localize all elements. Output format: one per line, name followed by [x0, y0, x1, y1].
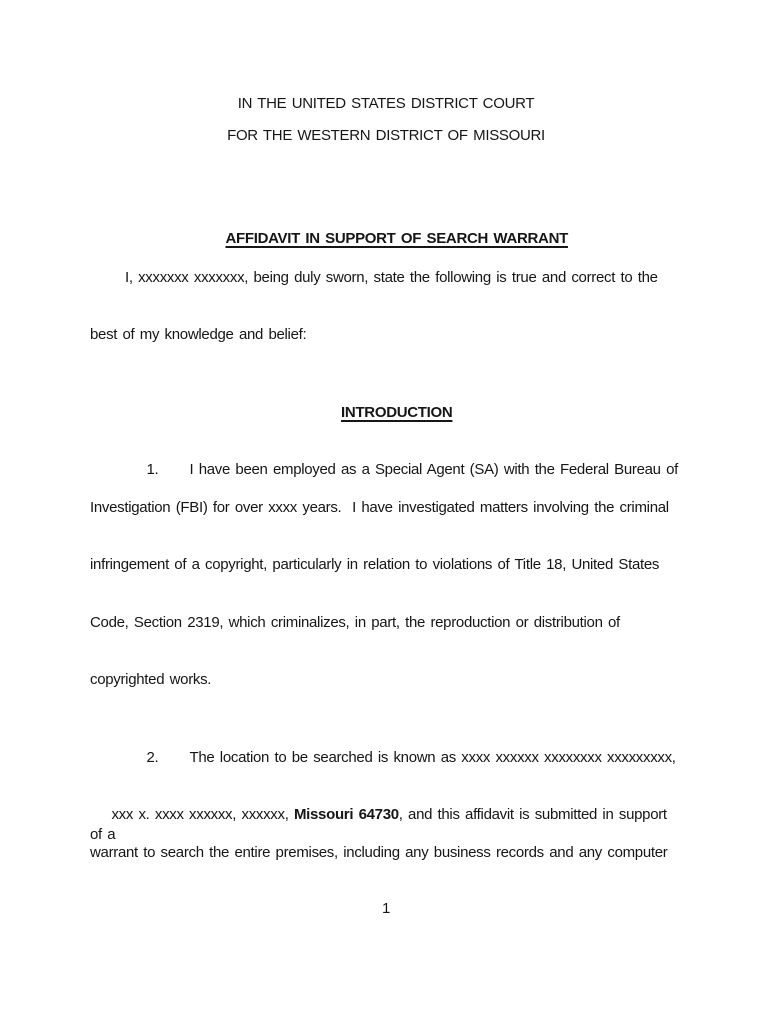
- document-page: IN THE UNITED STATES DISTRICT COURT FOR …: [0, 0, 770, 1024]
- paragraph-1-line-5: copyrighted works.: [90, 670, 682, 690]
- paragraph-1-line-4: Code, Section 2319, which criminalizes, …: [90, 613, 682, 633]
- paragraph-1-number: 1.: [146, 460, 189, 480]
- page-number: 1: [90, 899, 682, 919]
- paragraph-2-line-3: warrant to search the entire premises, i…: [90, 843, 682, 863]
- paragraph-2-number: 2.: [146, 748, 189, 768]
- paragraph-2-line-1-text: The location to be searched is known as …: [189, 749, 675, 766]
- introduction-heading: INTRODUCTION: [341, 404, 452, 421]
- paragraph-1-line-3: infringement of a copyright, particularl…: [90, 555, 682, 575]
- affidavit-title-line: AFFIDAVIT IN SUPPORT OF SEARCH WARRANT: [90, 209, 682, 269]
- opening-paragraph-line1: I, xxxxxxx xxxxxxx, being duly sworn, st…: [90, 268, 717, 288]
- paragraph-2-line-1: 2.The location to be searched is known a…: [90, 728, 717, 788]
- opening-paragraph-line2: best of my knowledge and belief:: [90, 325, 682, 345]
- paragraph-2-line-2-pre: xxx x. xxxx xxxxxx, xxxxxx,: [111, 806, 293, 823]
- paragraph-1-line-2: Investigation (FBI) for over xxxx years.…: [90, 498, 682, 518]
- affidavit-title: AFFIDAVIT IN SUPPORT OF SEARCH WARRANT: [225, 230, 568, 247]
- introduction-heading-line: INTRODUCTION: [90, 383, 682, 443]
- paragraph-1-line-1-text: I have been employed as a Special Agent …: [189, 461, 678, 478]
- court-header-line2: FOR THE WESTERN DISTRICT OF MISSOURI: [90, 126, 682, 146]
- court-header-line1: IN THE UNITED STATES DISTRICT COURT: [90, 94, 682, 114]
- paragraph-1-line-1: 1.I have been employed as a Special Agen…: [90, 440, 717, 500]
- paragraph-2-line-2-bold-address: Missouri 64730: [294, 806, 399, 823]
